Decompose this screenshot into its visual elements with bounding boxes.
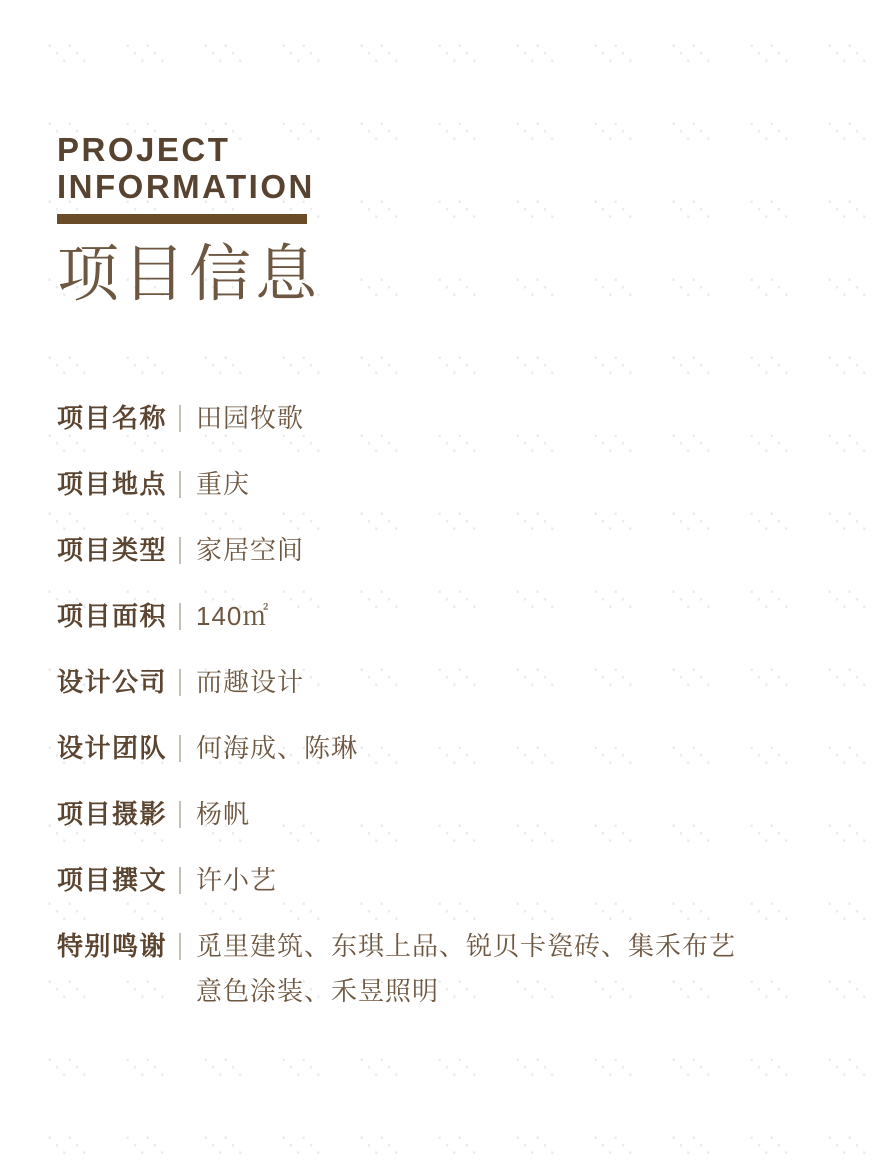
- watermark-glyph: ⋱⋱: [826, 1134, 866, 1156]
- watermark-glyph: ⋱⋱: [358, 1056, 398, 1078]
- info-row: 项目地点 重庆: [57, 468, 880, 501]
- info-value-line: 140㎡: [196, 600, 269, 633]
- title-divider-bar: [57, 214, 307, 224]
- info-label: 项目名称: [57, 402, 171, 435]
- watermark-glyph: ⋱⋱: [592, 1056, 632, 1078]
- info-value-line: 杨帆: [196, 798, 250, 831]
- watermark-glyph: ⋱⋱: [280, 1134, 320, 1156]
- info-row: 项目摄影 杨帆: [57, 798, 880, 831]
- label-value-separator: [179, 603, 181, 630]
- page-title-en-line2: INFORMATION: [57, 168, 880, 205]
- info-value-line: 觅里建筑、东琪上品、锐贝卡瓷砖、集禾布艺: [196, 930, 736, 963]
- page-title-cn: 项目信息: [57, 240, 880, 310]
- info-value-line: 田园牧歌: [196, 402, 304, 435]
- info-value: 而趣设计: [196, 666, 304, 699]
- info-value: 觅里建筑、东琪上品、锐贝卡瓷砖、集禾布艺意色涂装、禾昱照明: [196, 930, 736, 1008]
- page-title-en-line1: PROJECT: [57, 131, 880, 168]
- info-label: 设计团队: [57, 732, 171, 765]
- info-value-line: 家居空间: [196, 534, 304, 567]
- info-value: 何海成、陈琳: [196, 732, 358, 765]
- label-value-separator: [179, 933, 181, 960]
- watermark-glyph: ⋱⋱: [202, 1056, 242, 1078]
- label-value-separator: [179, 405, 181, 432]
- info-value: 杨帆: [196, 798, 250, 831]
- watermark-glyph: ⋱⋱: [592, 1134, 632, 1156]
- watermark-glyph: ⋱⋱: [436, 1056, 476, 1078]
- label-value-separator: [179, 471, 181, 498]
- info-value-line: 而趣设计: [196, 666, 304, 699]
- info-label: 设计公司: [57, 666, 171, 699]
- watermark-glyph: ⋱⋱: [514, 1134, 554, 1156]
- info-value: 140㎡: [196, 600, 269, 633]
- info-row: 特别鸣谢 觅里建筑、东琪上品、锐贝卡瓷砖、集禾布艺意色涂装、禾昱照明: [57, 930, 880, 1008]
- page-title-en: PROJECT INFORMATION: [57, 131, 880, 205]
- info-value-line: 何海成、陈琳: [196, 732, 358, 765]
- info-row: 项目名称 田园牧歌: [57, 402, 880, 435]
- watermark-glyph: ⋱⋱: [826, 1056, 866, 1078]
- info-value: 许小艺: [196, 864, 277, 897]
- info-label: 项目面积: [57, 600, 171, 633]
- label-value-separator: [179, 801, 181, 828]
- watermark-glyph: ⋱⋱: [748, 1134, 788, 1156]
- label-value-separator: [179, 537, 181, 564]
- page-content: PROJECT INFORMATION 项目信息 项目名称 田园牧歌 项目地点 …: [0, 0, 880, 1008]
- watermark-glyph: ⋱⋱: [436, 1134, 476, 1156]
- watermark-glyph: ⋱⋱: [280, 1056, 320, 1078]
- info-value: 重庆: [196, 468, 250, 501]
- label-value-separator: [179, 735, 181, 762]
- info-row: 项目撰文 许小艺: [57, 864, 880, 897]
- info-row: 设计团队 何海成、陈琳: [57, 732, 880, 765]
- info-value-line: 重庆: [196, 468, 250, 501]
- watermark-glyph: ⋱⋱: [46, 1134, 86, 1156]
- page-header: PROJECT INFORMATION 项目信息: [57, 131, 880, 310]
- watermark-glyph: ⋱⋱: [514, 1056, 554, 1078]
- info-value-line: 许小艺: [196, 864, 277, 897]
- info-value-line: 意色涂装、禾昱照明: [196, 975, 736, 1008]
- watermark-glyph: ⋱⋱: [358, 1134, 398, 1156]
- watermark-glyph: ⋱⋱: [748, 1056, 788, 1078]
- info-row: 项目面积 140㎡: [57, 600, 880, 633]
- info-label: 项目摄影: [57, 798, 171, 831]
- watermark-glyph: ⋱⋱: [670, 1134, 710, 1156]
- project-info-page: ⋱⋱⋱⋱⋱⋱⋱⋱⋱⋱⋱⋱⋱⋱⋱⋱⋱⋱⋱⋱⋱⋱⋱⋱⋱⋱⋱⋱⋱⋱⋱⋱⋱⋱⋱⋱⋱⋱⋱⋱…: [0, 0, 880, 1173]
- watermark-glyph: ⋱⋱: [124, 1056, 164, 1078]
- label-value-separator: [179, 669, 181, 696]
- info-row: 项目类型 家居空间: [57, 534, 880, 567]
- info-label: 项目类型: [57, 534, 171, 567]
- info-value: 田园牧歌: [196, 402, 304, 435]
- watermark-glyph: ⋱⋱: [46, 1056, 86, 1078]
- info-value: 家居空间: [196, 534, 304, 567]
- info-label: 特别鸣谢: [57, 930, 171, 963]
- info-label: 项目地点: [57, 468, 171, 501]
- watermark-glyph: ⋱⋱: [124, 1134, 164, 1156]
- watermark-glyph: ⋱⋱: [202, 1134, 242, 1156]
- info-row: 设计公司 而趣设计: [57, 666, 880, 699]
- info-label: 项目撰文: [57, 864, 171, 897]
- label-value-separator: [179, 867, 181, 894]
- watermark-glyph: ⋱⋱: [670, 1056, 710, 1078]
- info-list: 项目名称 田园牧歌 项目地点 重庆 项目类型 家居空间 项目面积 140㎡ 设计…: [57, 402, 880, 1008]
